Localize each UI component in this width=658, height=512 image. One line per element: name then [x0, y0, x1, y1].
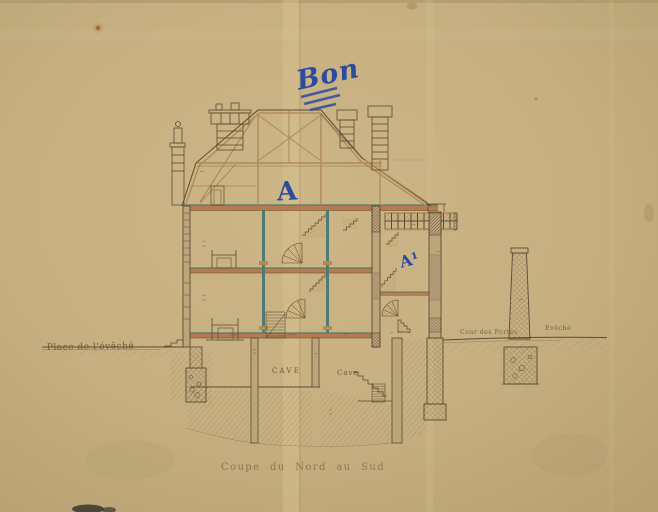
- right-wall: [372, 206, 380, 347]
- place-label: Place de l'évêché: [47, 340, 134, 353]
- eveche-label: Evêché: [545, 324, 571, 332]
- section-drawing-svg: Place de l'évêché Cour des Portes Evêché…: [0, 0, 658, 512]
- cellar-label-secondary: Cave: [337, 369, 359, 377]
- cellar-label-main: CAVE: [272, 367, 301, 375]
- attic-section-label: A: [275, 176, 299, 207]
- court-label: Cour des Portes: [460, 329, 518, 336]
- archival-drawing-sheet: Place de l'évêché Cour des Portes Evêché…: [0, 0, 658, 512]
- caption-label: Coupe du Nord au Sud: [221, 462, 385, 473]
